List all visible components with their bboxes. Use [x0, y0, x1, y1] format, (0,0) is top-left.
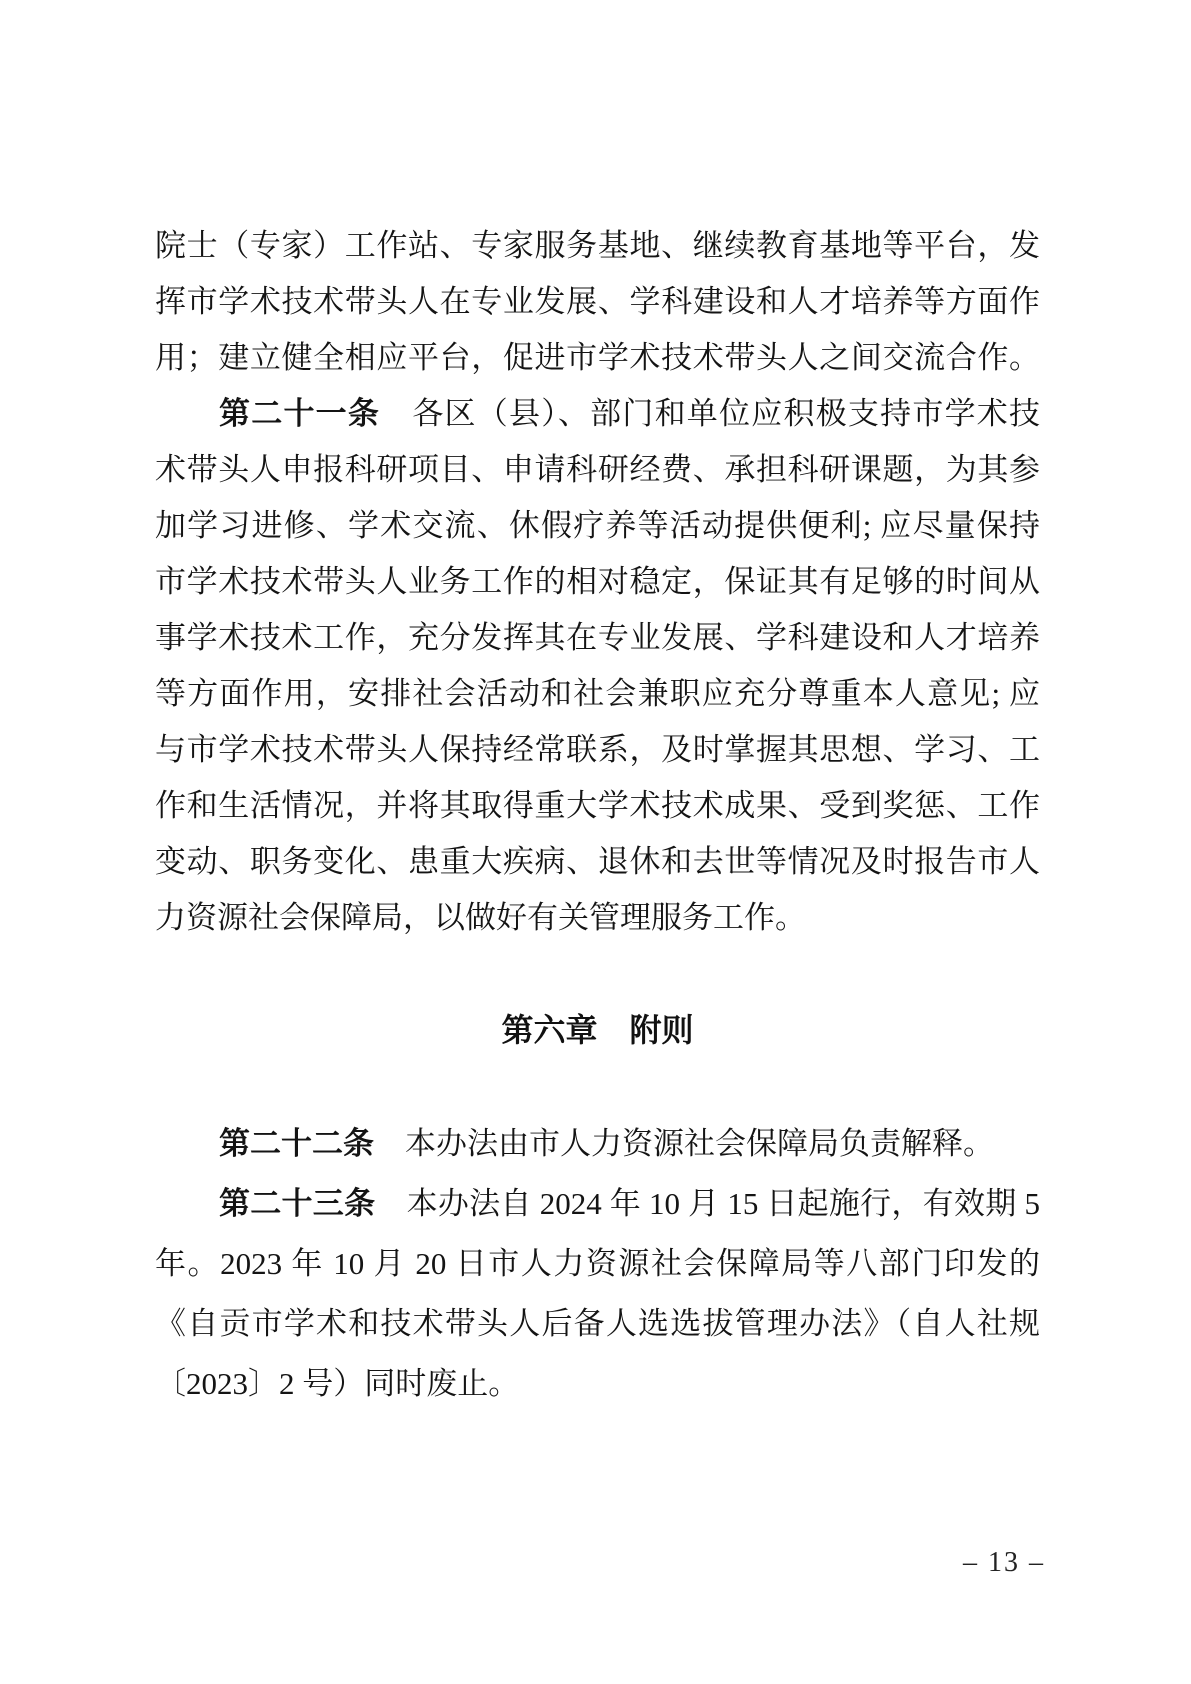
line-text: 术带头人申报科研项目、申请科研经费、承担科研课题，为其参 — [155, 452, 1040, 487]
line-text: 各区（县）、部门和单位应积极支持市学术技 — [380, 396, 1040, 431]
text-line: 术带头人申报科研项目、申请科研经费、承担科研课题，为其参 — [155, 442, 1040, 498]
blank-line — [155, 1058, 1040, 1114]
blank-line — [155, 946, 1040, 1002]
text-line: 与市学术技术带头人保持经常联系，及时掌握其思想、学习、工 — [155, 722, 1040, 778]
text-line: 力资源社会保障局，以做好有关管理服务工作。 — [155, 890, 1040, 946]
text-line: 《自贡市学术和技术带头人后备人选选拔管理办法》（自人社规 — [155, 1294, 1040, 1354]
chapter-heading: 第六章 附则 — [155, 1002, 1040, 1058]
line-text: 《自贡市学术和技术带头人后备人选选拔管理办法》（自人社规 — [155, 1306, 1040, 1341]
line-text: 本办法由市人力资源社会保障局负责解释。 — [374, 1126, 994, 1161]
article-number-label: 第二十三条 — [219, 1186, 375, 1221]
line-text: 力资源社会保障局，以做好有关管理服务工作。 — [155, 900, 806, 935]
closing-paragraphs: 第二十二条 本办法由市人力资源社会保障局负责解释。 第二十三条 本办法自 202… — [155, 1114, 1040, 1414]
line-text: 变动、职务变化、患重大疾病、退休和去世等情况及时报告市人 — [155, 844, 1040, 879]
line-text: 与市学术技术带头人保持经常联系，及时掌握其思想、学习、工 — [155, 732, 1040, 767]
line-text: 挥市学术技术带头人在专业发展、学科建设和人才培养等方面作 — [155, 284, 1040, 319]
line-text: 本办法自 2024 年 10 月 15 日起施行，有效期 5 — [375, 1186, 1040, 1221]
article-22-line: 第二十二条 本办法由市人力资源社会保障局负责解释。 — [155, 1114, 1040, 1174]
document-page: 院士（专家）工作站、专家服务基地、继续教育基地等平台，发 挥市学术技术带头人在专… — [0, 0, 1191, 1684]
text-line: 〔2023〕2 号）同时废止。 — [155, 1354, 1040, 1414]
text-line: 作和生活情况，并将其取得重大学术技术成果、受到奖惩、工作 — [155, 778, 1040, 834]
page-number: – 13 – — [963, 1547, 1045, 1579]
text-line: 市学术技术带头人业务工作的相对稳定，保证其有足够的时间从 — [155, 554, 1040, 610]
line-text: 用；建立健全相应平台，促进市学术技术带头人之间交流合作。 — [155, 340, 1040, 375]
text-line: 事学术技术工作，充分发挥其在专业发展、学科建设和人才培养 — [155, 610, 1040, 666]
line-text: 市学术技术带头人业务工作的相对稳定，保证其有足够的时间从 — [155, 564, 1040, 599]
line-text: 作和生活情况，并将其取得重大学术技术成果、受到奖惩、工作 — [155, 788, 1040, 823]
article-number-label: 第二十一条 — [219, 396, 380, 431]
text-line: 院士（专家）工作站、专家服务基地、继续教育基地等平台，发 — [155, 218, 1040, 274]
text-line: 加学习进修、学术交流、休假疗养等活动提供便利; 应尽量保持 — [155, 498, 1040, 554]
line-text: 年。2023 年 10 月 20 日市人力资源社会保障局等八部门印发的 — [155, 1246, 1040, 1281]
article-number-label: 第二十二条 — [219, 1126, 374, 1161]
line-text: 院士（专家）工作站、专家服务基地、继续教育基地等平台，发 — [155, 228, 1040, 263]
line-text: 事学术技术工作，充分发挥其在专业发展、学科建设和人才培养 — [155, 620, 1040, 655]
article-23-first-line: 第二十三条 本办法自 2024 年 10 月 15 日起施行，有效期 5 — [155, 1174, 1040, 1234]
line-text: 加学习进修、学术交流、休假疗养等活动提供便利; 应尽量保持 — [155, 508, 1040, 543]
text-line: 变动、职务变化、患重大疾病、退休和去世等情况及时报告市人 — [155, 834, 1040, 890]
text-line: 挥市学术技术带头人在专业发展、学科建设和人才培养等方面作 — [155, 274, 1040, 330]
line-text: 等方面作用，安排社会活动和社会兼职应充分尊重本人意见; 应 — [155, 676, 1040, 711]
text-line: 年。2023 年 10 月 20 日市人力资源社会保障局等八部门印发的 — [155, 1234, 1040, 1294]
text-line: 等方面作用，安排社会活动和社会兼职应充分尊重本人意见; 应 — [155, 666, 1040, 722]
line-text: 〔2023〕2 号）同时废止。 — [155, 1366, 519, 1401]
text-line: 用；建立健全相应平台，促进市学术技术带头人之间交流合作。 — [155, 330, 1040, 386]
article-21-first-line: 第二十一条 各区（县）、部门和单位应积极支持市学术技 — [155, 386, 1040, 442]
document-body: 院士（专家）工作站、专家服务基地、继续教育基地等平台，发 挥市学术技术带头人在专… — [155, 218, 1040, 1414]
